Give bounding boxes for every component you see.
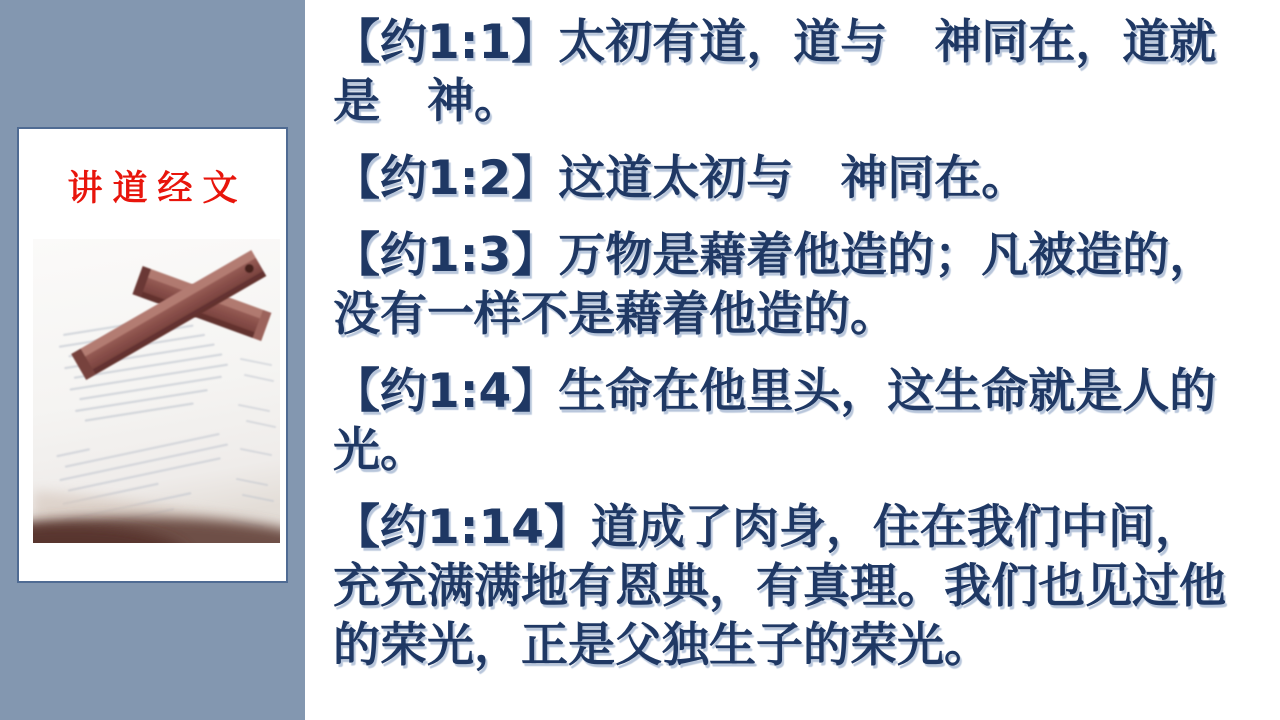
cross-on-bible-photo (33, 239, 280, 543)
scripture-card: 讲道经文 (17, 127, 288, 583)
sidebar: 讲道经文 (0, 0, 305, 720)
verse-john-1-14: 【约1:14】道成了肉身，住在我们中间，充充满满地有恩典，有真理。我们也见过他的… (333, 498, 1240, 675)
verse-john-1-2: 【约1:2】这道太初与 神同在。 (333, 149, 1240, 208)
card-title: 讲道经文 (19, 161, 286, 211)
slide: 讲道经文 (0, 0, 1280, 720)
cross-on-bible-illustration (33, 239, 280, 543)
verses-panel: 【约1:1】太初有道，道与 神同在，道就是 神。 【约1:2】这道太初与 神同在… (305, 0, 1280, 720)
verse-john-1-1: 【约1:1】太初有道，道与 神同在，道就是 神。 (333, 13, 1240, 131)
verse-john-1-3: 【约1:3】万物是藉着他造的；凡被造的，没有一样不是藉着他造的。 (333, 226, 1240, 344)
verse-john-1-4: 【约1:4】生命在他里头，这生命就是人的光。 (333, 362, 1240, 480)
